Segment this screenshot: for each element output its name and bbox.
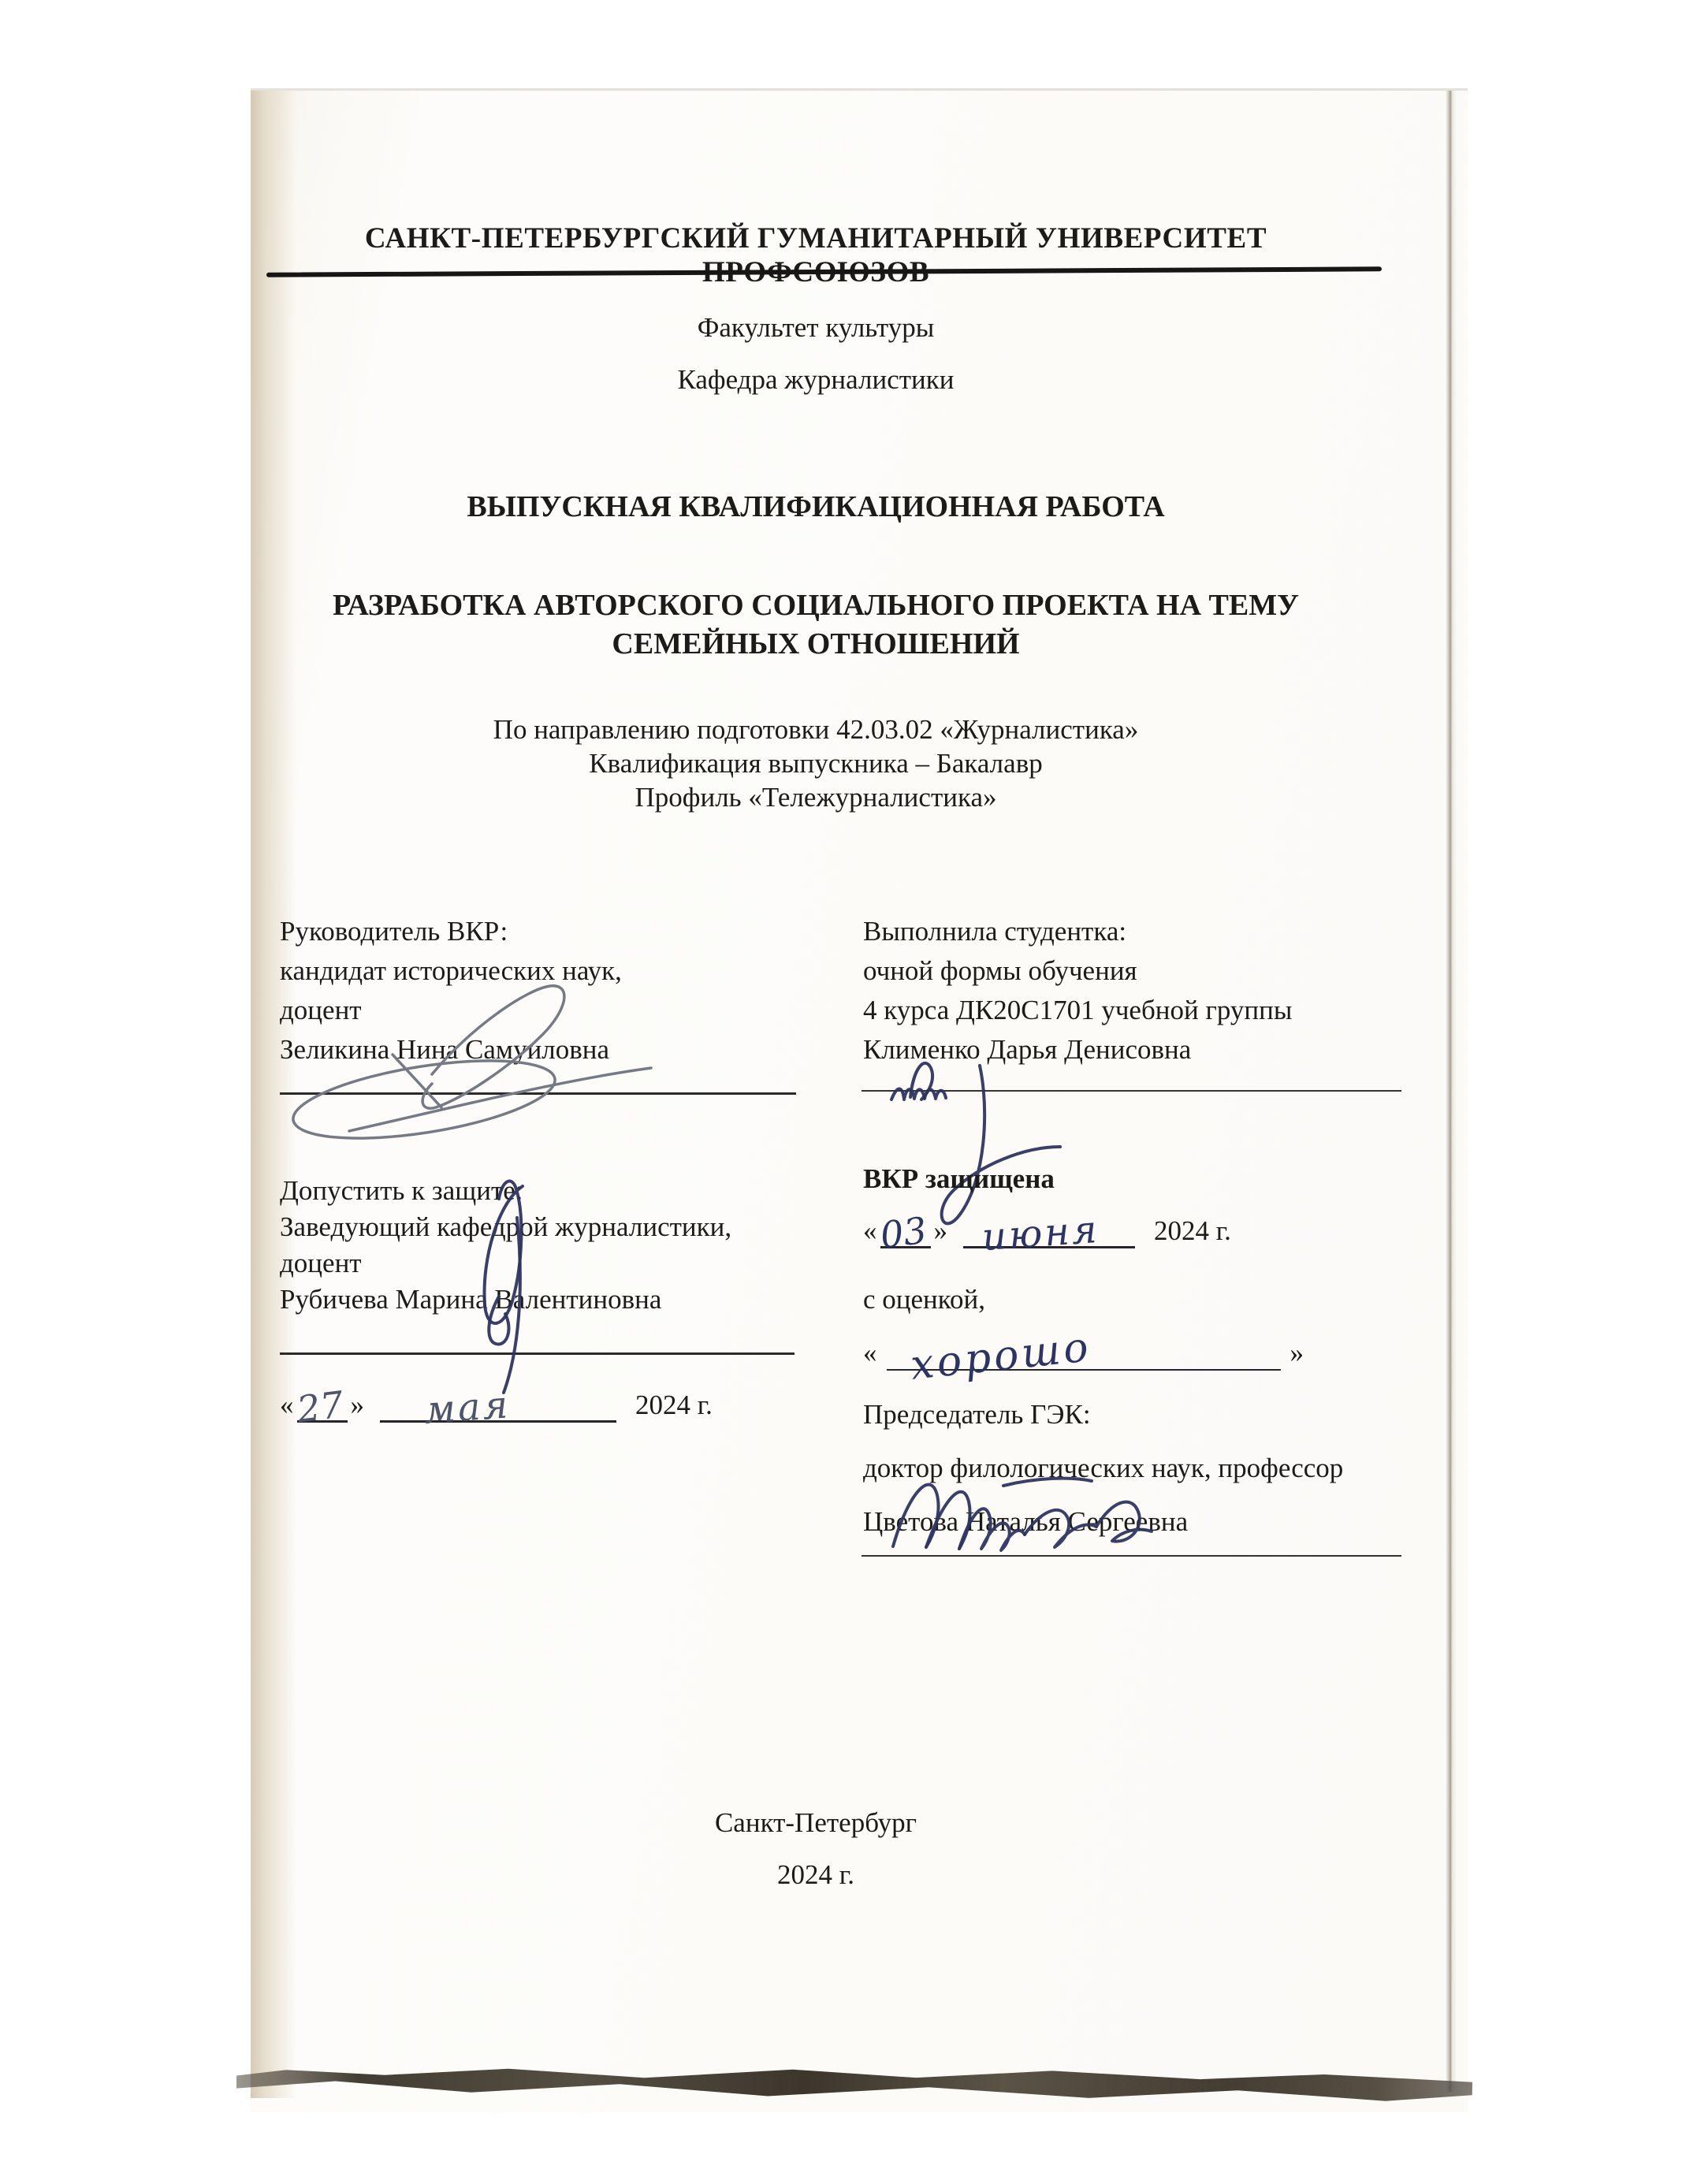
defense-day-blank: 03 <box>880 1210 931 1248</box>
defense-heading: ВКР защищена <box>863 1163 1055 1195</box>
department-name: Кафедра журналистики <box>262 364 1370 396</box>
document-page: САНКТ-ПЕТЕРБУРГСКИЙ ГУМАНИТАРНЫЙ УНИВЕРС… <box>251 88 1468 2112</box>
work-type-heading: ВЫПУСКНАЯ КВАЛИФИКАЦИОННАЯ РАБОТА <box>262 489 1370 524</box>
qualification-line: Квалификация выпускника – Бакалавр <box>262 746 1370 780</box>
close-quote: » <box>1290 1338 1304 1371</box>
admission-date-row: « 27 » мая 2024 г. <box>280 1384 713 1423</box>
grade-label: с оценкой, <box>863 1284 985 1315</box>
student-study-form: очной формы обучения <box>863 951 1423 991</box>
student-block: Выполнила студентка: очной формы обучени… <box>863 912 1423 1070</box>
city-name: Санкт-Петербург <box>262 1807 1370 1839</box>
profile-line: Профиль «Тележурналистика» <box>262 780 1370 814</box>
admission-month-handwritten: мая <box>422 1382 512 1432</box>
defense-date-row: « 03 » июня 2024 г. <box>863 1210 1231 1248</box>
supervisor-heading: Руководитель ВКР: <box>280 912 832 951</box>
year-line: 2024 г. <box>262 1859 1370 1891</box>
admission-day-handwritten: 27 <box>294 1383 345 1431</box>
close-quote: » <box>351 1390 365 1423</box>
thesis-title: РАЗРАБОТКА АВТОРСКОГО СОЦИАЛЬНОГО ПРОЕКТ… <box>262 586 1370 664</box>
defense-month-blank: июня <box>963 1210 1135 1248</box>
thesis-title-line1: РАЗРАБОТКА АВТОРСКОГО СОЦИАЛЬНОГО ПРОЕКТ… <box>262 586 1370 625</box>
defense-year: 2024 г. <box>1154 1215 1231 1248</box>
thesis-title-line2: СЕМЕЙНЫХ ОТНОШЕНИЙ <box>262 625 1370 664</box>
program-block: По направлению подготовки 42.03.02 «Журн… <box>262 712 1370 814</box>
grade-row: « хорошо » <box>863 1325 1304 1371</box>
admission-day-blank: 27 <box>297 1384 348 1423</box>
admission-year: 2024 г. <box>635 1390 713 1423</box>
university-name: САНКТ-ПЕТЕРБУРГСКИЙ ГУМАНИТАРНЫЙ УНИВЕРС… <box>262 221 1370 289</box>
scan-background: { "header": { "university": "САНКТ-ПЕТЕР… <box>0 0 1697 2184</box>
page-right-edge-line <box>1446 91 1457 2092</box>
page-bottom-edge-shadow <box>236 2059 1472 2105</box>
grade-handwritten: хорошо <box>908 1323 1093 1390</box>
supervisor-signature <box>274 980 661 1149</box>
admission-signature <box>436 1177 578 1401</box>
faculty-name: Факультет культуры <box>262 312 1370 344</box>
open-quote: « <box>863 1215 877 1248</box>
open-quote: « <box>280 1390 294 1423</box>
admission-month-blank: мая <box>380 1384 616 1423</box>
committee-signature <box>885 1448 1161 1562</box>
program-line: По направлению подготовки 42.03.02 «Журн… <box>262 712 1370 746</box>
student-heading: Выполнила студентка: <box>863 912 1423 951</box>
student-group: 4 курса ДК20С1701 учебной группы <box>863 991 1423 1030</box>
close-quote: » <box>934 1215 948 1248</box>
open-quote: « <box>863 1338 877 1371</box>
committee-heading: Председатель ГЭК: <box>863 1388 1431 1442</box>
grade-blank: хорошо <box>887 1325 1281 1371</box>
